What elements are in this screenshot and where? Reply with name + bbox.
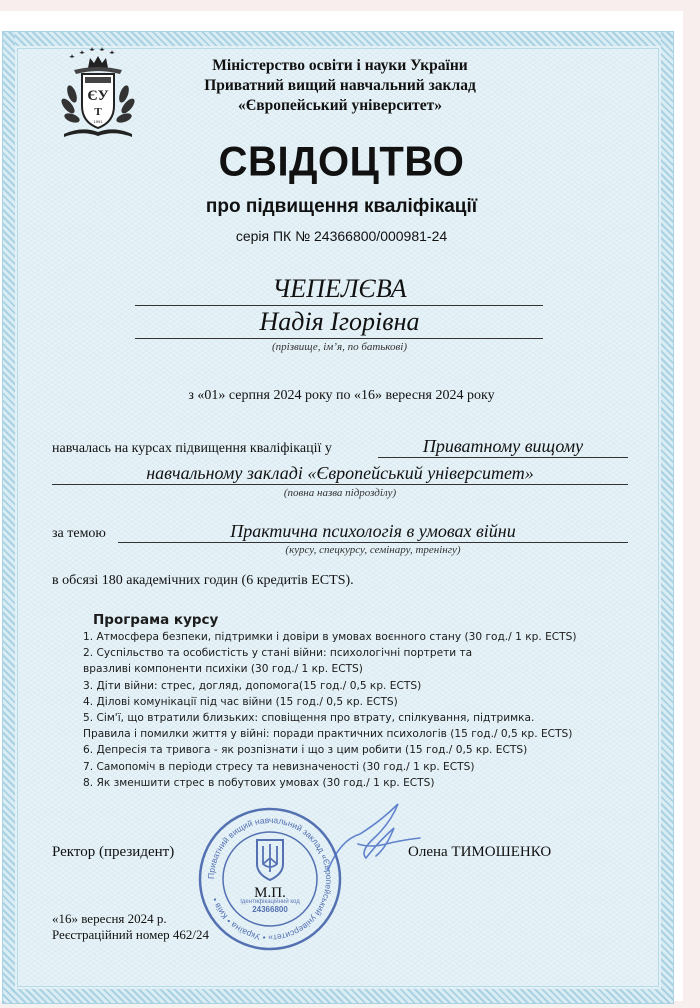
course-volume: в обсязі 180 академічних годин (6 кредит… bbox=[52, 573, 354, 589]
study-period: з «01» серпня 2024 року по «16» вересня … bbox=[0, 388, 683, 404]
ornamental-border-bottom bbox=[3, 989, 673, 1003]
issue-date: «16» вересня 2024 р. bbox=[52, 911, 167, 927]
program-item: 5. Сім'ї, що втратили близьких: сповіщен… bbox=[83, 710, 603, 726]
institution-hint: (повна назва підрозділу) bbox=[52, 487, 628, 499]
course-program: Програма курсу 1. Атмосфера безпеки, під… bbox=[83, 612, 603, 791]
topic-hint: (курсу, спецкурсу, семінару, тренінгу) bbox=[118, 544, 628, 556]
topic-label: за темою bbox=[52, 526, 106, 542]
svg-text:Т: Т bbox=[94, 106, 102, 118]
ministry-line: Міністерство освіти і науки України bbox=[170, 56, 510, 76]
program-item: 2. Суспільство та особистість у стані ві… bbox=[83, 645, 603, 661]
stamp-code: 24366800 bbox=[252, 905, 288, 914]
recipient-surname: ЧЕПЕЛЄВА bbox=[137, 274, 542, 304]
program-item: Правила і помилки життя у війні: поради … bbox=[83, 726, 603, 742]
stamp-label: М.П. bbox=[250, 885, 290, 902]
institution-type-line: Приватний вищий навчальний заклад bbox=[170, 76, 510, 96]
institution-label: навчалась на курсах підвищення кваліфіка… bbox=[52, 441, 332, 457]
program-item: 4. Ділові комунікації під час війни (15 … bbox=[83, 694, 603, 710]
handwritten-signature-icon bbox=[320, 800, 430, 880]
program-item: 8. Як зменшити стрес в побутових умовах … bbox=[83, 775, 603, 791]
program-item: 7. Самопоміч в періоди стресу та невизна… bbox=[83, 759, 603, 775]
topic-value: Практична психологія в умовах війни bbox=[118, 521, 628, 542]
recipient-given-names: Надія Ігорівна bbox=[137, 307, 542, 337]
certificate-series-number: серія ПК № 24366800/000981-24 bbox=[0, 228, 683, 244]
topic-underline bbox=[118, 542, 628, 543]
svg-text:ЄУ: ЄУ bbox=[87, 88, 108, 104]
ministry-header: Міністерство освіти і науки України Прив… bbox=[170, 56, 510, 116]
svg-text:1991: 1991 bbox=[94, 119, 104, 124]
program-item: 3. Діти війни: стрес, догляд, допомога(1… bbox=[83, 678, 603, 694]
university-crest-icon: ЄУ Т 1991 bbox=[52, 44, 148, 140]
certificate-subtitle: про підвищення кваліфікації bbox=[0, 196, 683, 218]
program-title: Програма курсу bbox=[93, 612, 603, 629]
given-names-underline bbox=[135, 338, 543, 339]
institution-line-1: Приватному вищому bbox=[378, 436, 628, 457]
trident-icon bbox=[257, 840, 283, 880]
program-item: 6. Депресія та тривога - як розпізнати і… bbox=[83, 742, 603, 758]
program-item: вразливі компоненти психіки (30 год./ 1 … bbox=[83, 661, 603, 677]
recipient-hint: (прізвище, ім’я, по батькові) bbox=[137, 341, 542, 353]
institution-underline-1 bbox=[378, 457, 628, 458]
signatory-position: Ректор (президент) bbox=[52, 844, 174, 861]
institution-name-line: «Європейський університет» bbox=[170, 96, 510, 116]
program-item: 1. Атмосфера безпеки, підтримки і довіри… bbox=[83, 629, 603, 645]
institution-line-2: навчальному закладі «Європейський універ… bbox=[52, 463, 628, 484]
institution-underline-2 bbox=[52, 484, 628, 485]
registration-number: Реєстраційний номер 462/24 bbox=[52, 927, 209, 943]
surname-underline bbox=[135, 305, 543, 306]
certificate-title: СВІДОЦТВО bbox=[0, 139, 683, 186]
